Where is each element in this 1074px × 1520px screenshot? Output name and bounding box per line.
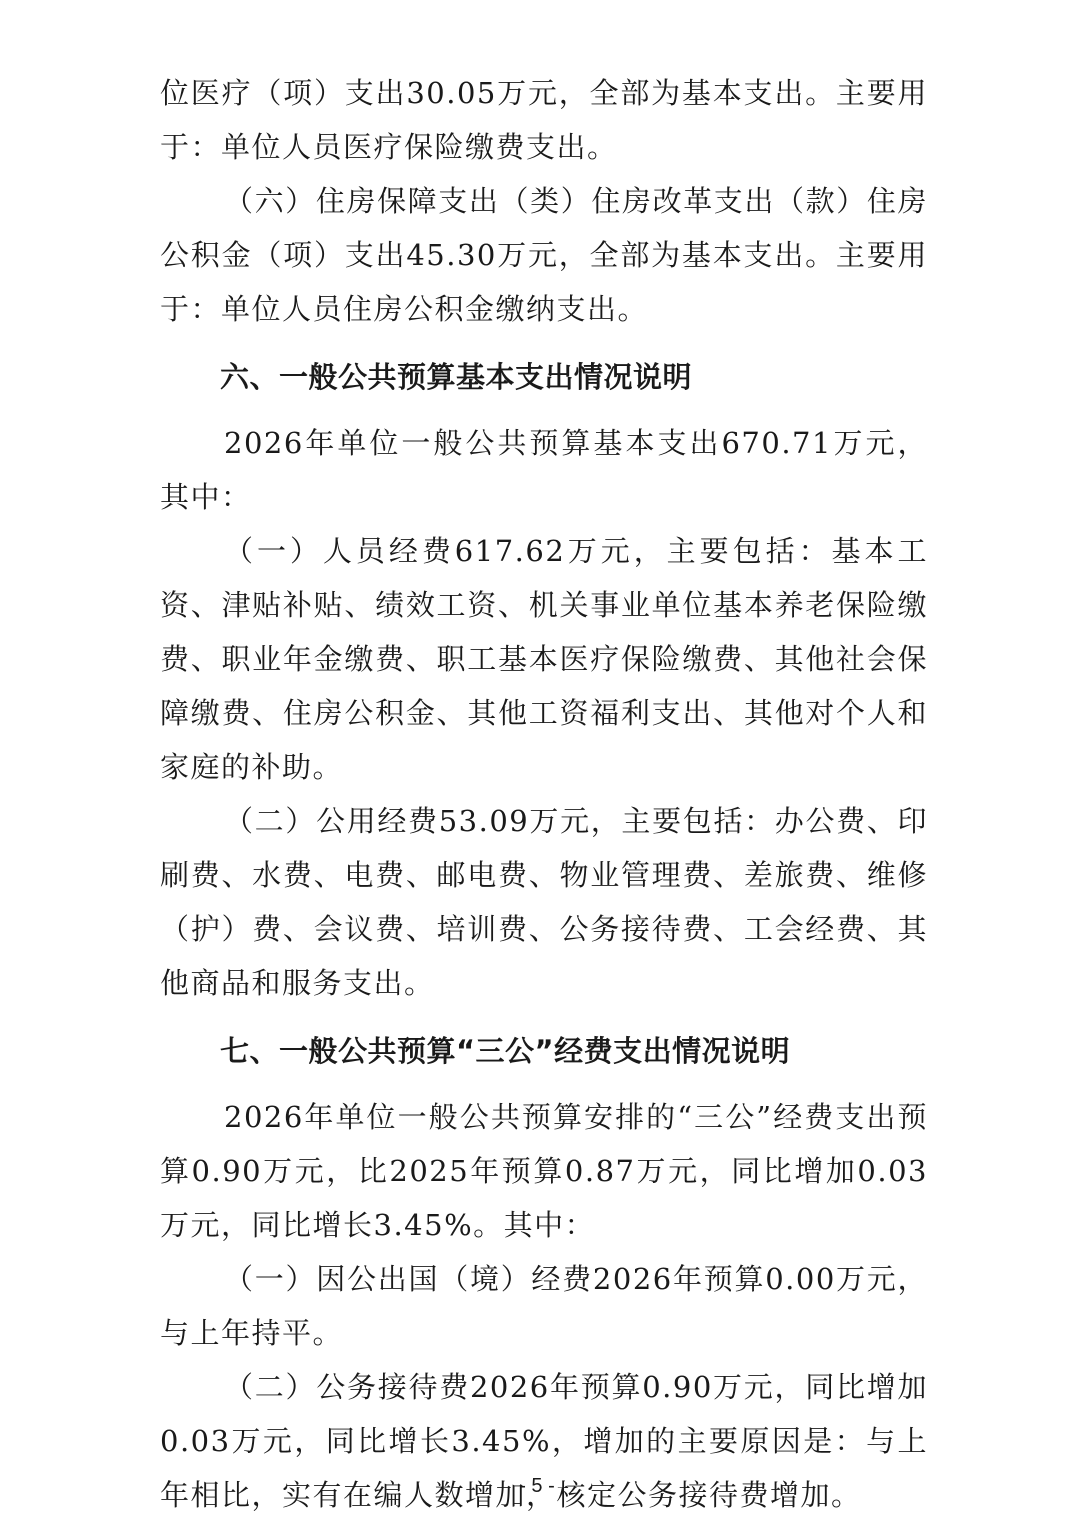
paragraph-medical-expense: 位医疗（项）支出30.05万元，全部为基本支出。主要用于：单位人员医疗保险缴费支…	[160, 66, 928, 174]
section-heading-basic-expenditure: 六、一般公共预算基本支出情况说明	[160, 350, 928, 404]
page-number: - 5 -	[0, 1475, 1074, 1498]
paragraph-three-public-intro: 2026年单位一般公共预算安排的“三公”经费支出预算0.90万元，比2025年预…	[160, 1090, 928, 1252]
paragraph-overseas-travel-expense: （一）因公出国（境）经费2026年预算0.00万元，与上年持平。	[160, 1252, 928, 1360]
paragraph-public-expense: （二）公用经费53.09万元，主要包括：办公费、印刷费、水费、电费、邮电费、物业…	[160, 794, 928, 1010]
section-heading-three-public-expenses: 七、一般公共预算“三公”经费支出情况说明	[160, 1024, 928, 1078]
paragraph-personnel-expense: （一）人员经费617.62万元，主要包括：基本工资、津贴补贴、绩效工资、机关事业…	[160, 524, 928, 794]
document-page: 位医疗（项）支出30.05万元，全部为基本支出。主要用于：单位人员医疗保险缴费支…	[160, 66, 928, 1520]
paragraph-housing-expense: （六）住房保障支出（类）住房改革支出（款）住房公积金（项）支出45.30万元，全…	[160, 174, 928, 336]
paragraph-basic-expenditure-intro: 2026年单位一般公共预算基本支出670.71万元，其中：	[160, 416, 928, 524]
